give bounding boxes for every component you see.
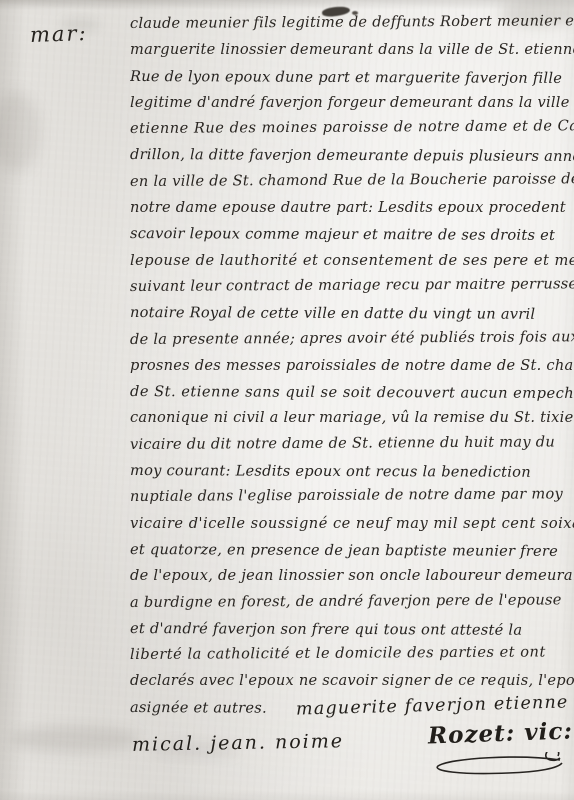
manuscript-line: canonique ni civil a leur mariage, vû la…: [130, 405, 574, 431]
manuscript-line: notre dame epouse dautre part: Lesdits e…: [130, 195, 574, 221]
manuscript-line: de l'epoux, de jean linossier son oncle …: [130, 563, 574, 589]
signature-flourish: [430, 752, 566, 786]
manuscript-line: marguerite linossier demeurant dans la v…: [130, 37, 574, 63]
manuscript-line: de St. etienne sans quil se soit decouve…: [130, 379, 574, 407]
manuscript-line: a burdigne en forest, de andré faverjon …: [130, 587, 574, 616]
manuscript-line: declarés avec l'epoux ne scavoir signer …: [130, 668, 574, 694]
manuscript-line: etienne Rue des moines paroisse de notre…: [130, 113, 574, 142]
manuscript-line: et quatorze, en presence de jean baptist…: [130, 537, 574, 565]
manuscript-line: claude meunier fils legitime de deffunts…: [130, 11, 574, 37]
paper-stain: [0, 92, 40, 172]
manuscript-line: lepouse de lauthorité et consentement de…: [130, 248, 574, 274]
manuscript-line: nuptiale dans l'eglise paroissiale de no…: [130, 482, 574, 511]
manuscript-page: mar: claude meunier fils legitime de def…: [0, 0, 574, 800]
manuscript-line: legitime d'andré faverjon forgeur demeur…: [130, 90, 574, 116]
manuscript-line: en la ville de St. chamond Rue de la Bou…: [130, 166, 574, 195]
manuscript-line: vicaire du dit notre dame de St. etienne…: [130, 429, 574, 458]
manuscript-line: vicaire d'icelle soussigné ce neuf may m…: [130, 511, 574, 537]
margin-note: mar:: [30, 21, 88, 47]
manuscript-text-block: claude meunier fils legitime de deffunts…: [130, 11, 574, 735]
manuscript-line: prosnes des messes paroissiales de notre…: [130, 353, 574, 379]
signature-witnesses: mical. jean. noime: [132, 730, 344, 756]
signature-vicar: Rozet: vic:: [428, 717, 574, 749]
manuscript-line: Rue de lyon epoux dune part et marguerit…: [130, 64, 574, 92]
manuscript-line: scavoir lepoux comme majeur et maitre de…: [130, 221, 574, 249]
manuscript-line: liberté la catholicité et le domicile de…: [130, 639, 574, 668]
paper-stain: [10, 726, 140, 752]
manuscript-line: suivant leur contract de mariage recu pa…: [130, 271, 574, 300]
manuscript-line: de la presente année; apres avoir été pu…: [130, 324, 574, 353]
